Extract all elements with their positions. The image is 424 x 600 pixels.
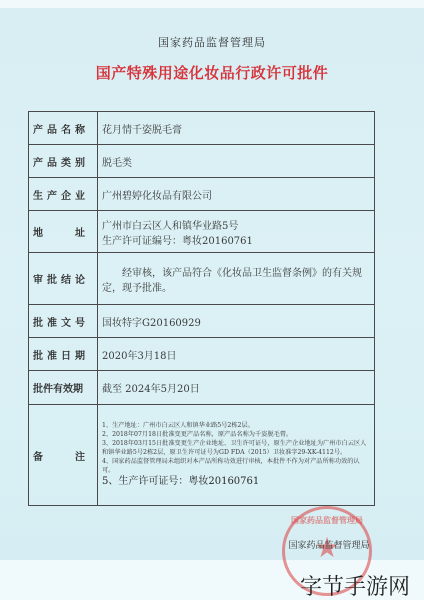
value-validity-period: 截至 2024年5月20日 xyxy=(98,371,375,405)
remark-note-5: 5、生产许可证号：粤妆20160761 xyxy=(102,475,370,489)
label-approval-date: 批准日期 xyxy=(29,338,98,371)
seal-ring-text: 国家药品监督管理局 xyxy=(285,515,369,526)
remark-note-3: 3、2018年03月15日批准变更生产企业地址、卫生许可证号，原生产企业地址为广… xyxy=(102,439,370,457)
label-address: 地址 xyxy=(29,211,98,253)
row-approval-date: 批准日期 2020年3月18日 xyxy=(29,338,375,371)
license-number-line: 生产许可证编号：粤妆20160761 xyxy=(102,232,370,247)
remark-note-2: 2、2018年07月18日批准变更产品名称，原产品名称为千姿脱毛膏。 xyxy=(102,430,370,439)
remark-note-4: 4、国家药品监督管理局未组织对本产品所称功效进行审核，本批件不作为对产品所称功效… xyxy=(102,457,370,475)
row-approval-number: 批准文号 国妆特字G20160929 xyxy=(29,305,375,338)
label-approval-number: 批准文号 xyxy=(29,305,98,338)
row-validity-period: 批件有效期 截至 2024年5月20日 xyxy=(29,371,375,405)
label-product-category: 产品类别 xyxy=(29,145,98,178)
label-approval-conclusion: 审批结论 xyxy=(29,253,98,305)
address-line: 广州市白云区人和镇华业路5号 xyxy=(102,217,370,232)
top-margin xyxy=(0,0,424,8)
row-approval-conclusion: 审批结论 经审核，该产品符合《化妆品卫生监督条例》的有关规定，现予批准。 xyxy=(29,253,375,305)
remark-note-1: 1、生产地址：广州市白云区人和镇华业路5号2栋2层。 xyxy=(102,421,370,430)
label-address-char-2: 址 xyxy=(75,224,89,239)
label-product-name: 产品名称 xyxy=(29,112,98,145)
issuing-authority-signature: 国家药品监督管理局 xyxy=(264,538,394,551)
row-manufacturer: 生产企业 广州碧婷化妆品有限公司 xyxy=(29,178,375,211)
value-product-category: 脱毛类 xyxy=(98,145,375,178)
row-product-category: 产品类别 脱毛类 xyxy=(29,145,375,178)
value-approval-conclusion: 经审核，该产品符合《化妆品卫生监督条例》的有关规定，现予批准。 xyxy=(98,253,375,305)
approval-form-table: 产品名称 花月情千姿脱毛膏 产品类别 脱毛类 生产企业 广州碧婷化妆品有限公司 … xyxy=(28,111,375,506)
label-remarks-char-2: 注 xyxy=(75,448,89,463)
label-remarks-char-1: 备 xyxy=(33,448,47,463)
value-approval-date: 2020年3月18日 xyxy=(98,338,375,371)
value-address: 广州市白云区人和镇华业路5号 生产许可证编号：粤妆20160761 xyxy=(98,211,375,253)
label-validity-period: 批件有效期 xyxy=(29,371,98,405)
value-approval-number: 国妆特字G20160929 xyxy=(98,305,375,338)
row-product-name: 产品名称 花月情千姿脱毛膏 xyxy=(29,112,375,145)
row-address: 地址 广州市白云区人和镇华业路5号 生产许可证编号：粤妆20160761 xyxy=(29,211,375,253)
agency-name: 国家药品监督管理局 xyxy=(0,34,424,50)
label-remarks: 备注 xyxy=(29,405,98,506)
value-manufacturer: 广州碧婷化妆品有限公司 xyxy=(98,178,375,211)
label-address-char-1: 地 xyxy=(33,224,47,239)
value-product-name: 花月情千姿脱毛膏 xyxy=(98,112,375,145)
site-watermark: 字节手游网 xyxy=(300,570,410,600)
value-remarks: 1、生产地址：广州市白云区人和镇华业路5号2栋2层。 2、2018年07月18日… xyxy=(98,405,375,506)
document-title: 国产特殊用途化妆品行政许可批件 xyxy=(0,62,424,83)
row-remarks: 备注 1、生产地址：广州市白云区人和镇华业路5号2栋2层。 2、2018年07月… xyxy=(29,405,375,506)
label-manufacturer: 生产企业 xyxy=(29,178,98,211)
